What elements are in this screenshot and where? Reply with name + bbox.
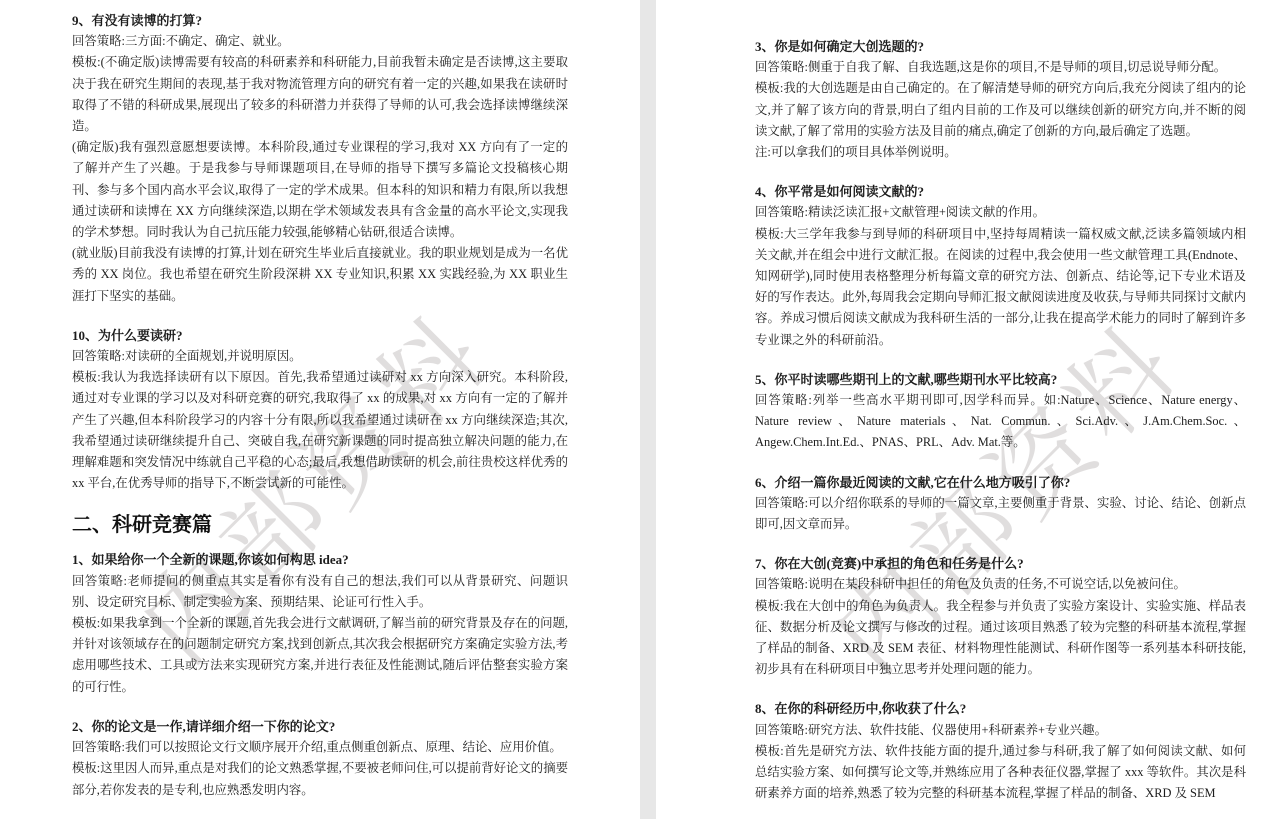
question-title: 6、介绍一篇你最近阅读的文献,它在什么地方吸引了你? [755, 472, 1246, 493]
document-viewer: 内部资料 9、有没有读博的打算? 回答策略:三方面:不确定、确定、就业。 模板:… [0, 0, 1286, 819]
paragraph: 模板:我的大创选题是由自己确定的。在了解清楚导师的研究方向后,我充分阅读了组内的… [755, 78, 1246, 142]
paragraph: 回答策略:可以介绍你联系的导师的一篇文章,主要侧重于背景、实验、讨论、结论、创新… [755, 493, 1246, 535]
paragraph: 回答策略:精读泛读汇报+文献管理+阅读文献的作用。 [755, 202, 1246, 223]
question-block-8: 8、在你的科研经历中,你收获了什么? 回答策略:研究方法、软件技能、仪器使用+科… [755, 698, 1246, 804]
question-title: 5、你平时读哪些期刊上的文献,哪些期刊水平比较高? [755, 369, 1246, 390]
paragraph: 模板:如果我拿到一个全新的课题,首先我会进行文献调研,了解当前的研究背景及存在的… [72, 613, 568, 698]
paragraph: 模板:首先是研究方法、软件技能方面的提升,通过参与科研,我了解了如何阅读文献、如… [755, 741, 1246, 805]
question-block-3: 3、你是如何确定大创选题的? 回答策略:侧重于自我了解、自我选题,这是你的项目,… [755, 36, 1246, 163]
question-block-7: 7、你在大创(竞赛)中承担的角色和任务是什么? 回答策略:说明在某段科研中担任的… [755, 553, 1246, 680]
paragraph: (就业版)目前我没有读博的打算,计划在研究生毕业后直接就业。我的职业规划是成为一… [72, 243, 568, 307]
question-title: 3、你是如何确定大创选题的? [755, 36, 1246, 57]
question-block-5: 5、你平时读哪些期刊上的文献,哪些期刊水平比较高? 回答策略:列举一些高水平期刊… [755, 369, 1246, 454]
paragraph: 注:可以拿我们的项目具体举例说明。 [755, 142, 1246, 163]
paragraph: 模板:这里因人而异,重点是对我们的论文熟悉掌握,不要被老师问住,可以提前背好论文… [72, 758, 568, 800]
question-block-4: 4、你平常是如何阅读文献的? 回答策略:精读泛读汇报+文献管理+阅读文献的作用。… [755, 181, 1246, 351]
document-page-right: 内部资料 3、你是如何确定大创选题的? 回答策略:侧重于自我了解、自我选题,这是… [656, 0, 1286, 819]
section-heading: 二、科研竞赛篇 [72, 512, 568, 539]
page-left-content: 9、有没有读博的打算? 回答策略:三方面:不确定、确定、就业。 模板:(不确定版… [0, 0, 640, 801]
question-block-10: 10、为什么要读研? 回答策略:对读研的全面规划,并说明原因。 模板:我认为我选… [72, 325, 568, 495]
paragraph: 回答策略:研究方法、软件技能、仪器使用+科研素养+专业兴趣。 [755, 720, 1246, 741]
question-title: 9、有没有读博的打算? [72, 10, 568, 31]
paragraph: 回答策略:说明在某段科研中担任的角色及负责的任务,不可说空话,以免被问住。 [755, 574, 1246, 595]
paragraph: 回答策略:对读研的全面规划,并说明原因。 [72, 346, 568, 367]
question-block-9: 9、有没有读博的打算? 回答策略:三方面:不确定、确定、就业。 模板:(不确定版… [72, 10, 568, 307]
paragraph: 回答策略:老师提问的侧重点其实是看你有没有自己的想法,我们可以从背景研究、问题识… [72, 571, 568, 613]
paragraph: 回答策略:三方面:不确定、确定、就业。 [72, 31, 568, 52]
page-right-content: 3、你是如何确定大创选题的? 回答策略:侧重于自我了解、自我选题,这是你的项目,… [656, 0, 1286, 805]
question-block-1: 1、如果给你一个全新的课题,你该如何构思 idea? 回答策略:老师提问的侧重点… [72, 549, 568, 697]
document-page-left: 内部资料 9、有没有读博的打算? 回答策略:三方面:不确定、确定、就业。 模板:… [0, 0, 640, 819]
question-title: 7、你在大创(竞赛)中承担的角色和任务是什么? [755, 553, 1246, 574]
question-title: 2、你的论文是一作,请详细介绍一下你的论文? [72, 716, 568, 737]
question-block-6: 6、介绍一篇你最近阅读的文献,它在什么地方吸引了你? 回答策略:可以介绍你联系的… [755, 472, 1246, 536]
question-title: 1、如果给你一个全新的课题,你该如何构思 idea? [72, 549, 568, 570]
paragraph: 模板:我认为我选择读研有以下原因。首先,我希望通过读研对 xx 方向深入研究。本… [72, 367, 568, 494]
question-title: 4、你平常是如何阅读文献的? [755, 181, 1246, 202]
paragraph: 模板:我在大创中的角色为负责人。我全程参与并负责了实验方案设计、实验实施、样品表… [755, 596, 1246, 681]
paragraph: 回答策略:我们可以按照论文行文顺序展开介绍,重点侧重创新点、原理、结论、应用价值… [72, 737, 568, 758]
paragraph: 回答策略:侧重于自我了解、自我选题,这是你的项目,不是导师的项目,切忌说导师分配… [755, 57, 1246, 78]
paragraph: (确定版)我有强烈意愿想要读博。本科阶段,通过专业课程的学习,我对 XX 方向有… [72, 137, 568, 243]
paragraph: 模板:(不确定版)读博需要有较高的科研素养和科研能力,目前我暂未确定是否读博,这… [72, 52, 568, 137]
paragraph: 模板:大三学年我参与到导师的科研项目中,坚持每周精读一篇权威文献,泛读多篇领域内… [755, 224, 1246, 351]
paragraph: 回答策略:列举一些高水平期刊即可,因学科而异。如:Nature、Science、… [755, 390, 1246, 454]
question-title: 10、为什么要读研? [72, 325, 568, 346]
question-title: 8、在你的科研经历中,你收获了什么? [755, 698, 1246, 719]
question-block-2: 2、你的论文是一作,请详细介绍一下你的论文? 回答策略:我们可以按照论文行文顺序… [72, 716, 568, 801]
